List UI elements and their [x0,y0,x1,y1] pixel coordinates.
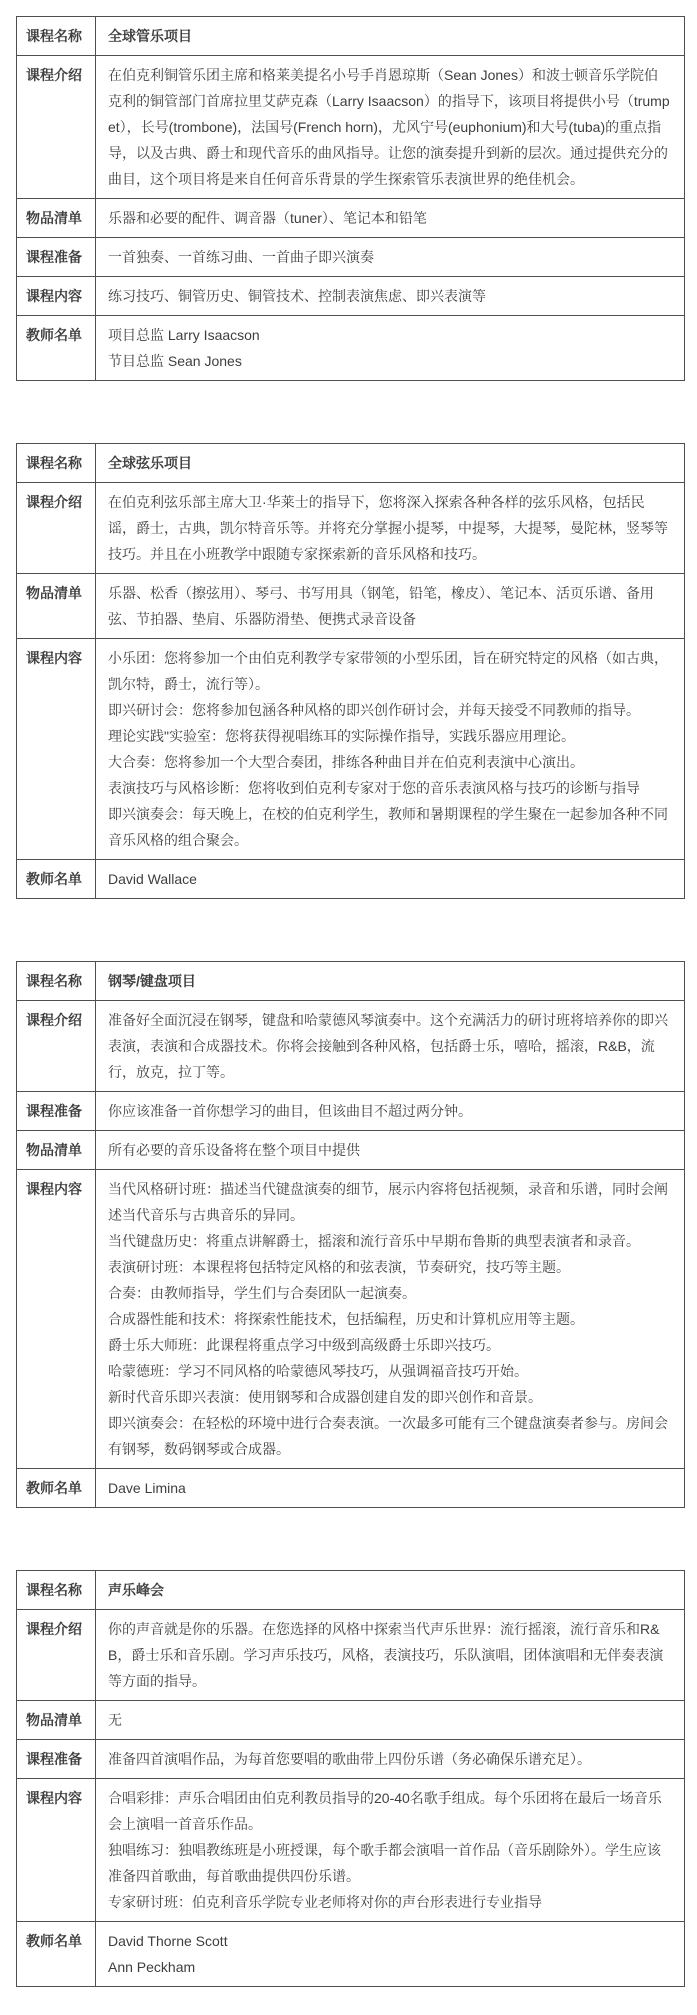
cell-paragraph: 乐器和必要的配件、调音器（tuner）、笔记本和铅笔 [108,205,670,231]
cell-paragraph: 表演技巧与风格诊断：您将收到伯克利专家对于您的音乐表演风格与技巧的诊断与指导 [108,775,670,801]
cell-paragraph: 全球弦乐项目 [108,450,670,476]
table-row: 课程内容 当代风格研讨班：描述当代键盘演奏的细节，展示内容将包括视频，录音和乐谱… [17,1170,685,1469]
cell-paragraph: 在伯克利弦乐部主席大卫·华莱士的指导下，您将深入探索各种各样的弦乐风格，包括民谣… [108,489,670,567]
cell-paragraph: 新时代音乐即兴表演：使用钢琴和合成器创建自发的即兴创作和音景。 [108,1384,670,1410]
table-row: 教师名单 项目总监 Larry Isaacson 节目总监 Sean Jones [17,316,685,381]
cell-paragraph: 独唱练习：独唱教练班是小班授课，每个歌手都会演唱一首作品（音乐剧除外）。学生应该… [108,1837,670,1889]
row-content: 准备四首演唱作品，为每首您要唱的歌曲带上四份乐谱（务必确保乐谱充足）。 [96,1740,685,1779]
cell-paragraph: 声乐峰会 [108,1577,670,1603]
course-table-piano-keyboard-program: 课程名称 钢琴/键盘项目 课程介绍 准备好全面沉浸在钢琴，键盘和哈蒙德风琴演奏中… [16,961,685,1508]
row-label: 课程名称 [17,1571,96,1610]
cell-paragraph: 准备四首演唱作品，为每首您要唱的歌曲带上四份乐谱（务必确保乐谱充足）。 [108,1746,670,1772]
table-row: 课程准备 你应该准备一首你想学习的曲目，但该曲目不超过两分钟。 [17,1092,685,1131]
cell-paragraph: 小乐团：您将参加一个由伯克利教学专家带领的小型乐团，旨在研究特定的风格（如古典，… [108,645,670,697]
row-content: 乐器和必要的配件、调音器（tuner）、笔记本和铅笔 [96,199,685,238]
cell-paragraph: 理论实践"实验室：您将获得视唱练耳的实际操作指导，实践乐器应用理论。 [108,723,670,749]
table-row: 课程名称 全球弦乐项目 [17,444,685,483]
row-content: 在伯克利铜管乐团主席和格莱美提名小号手肖恩琼斯（Sean Jones）和波士顿音… [96,56,685,199]
table-row: 物品清单 无 [17,1701,685,1740]
cell-paragraph: 合成器性能和技术：将探索性能技术，包括编程，历史和计算机应用等主题。 [108,1306,670,1332]
table-row: 课程介绍 准备好全面沉浸在钢琴，键盘和哈蒙德风琴演奏中。这个充满活力的研讨班将培… [17,1001,685,1092]
row-label: 物品清单 [17,1131,96,1170]
table-row: 课程介绍 在伯克利弦乐部主席大卫·华莱士的指导下，您将深入探索各种各样的弦乐风格… [17,483,685,574]
row-label: 教师名单 [17,860,96,899]
row-content: 你应该准备一首你想学习的曲目，但该曲目不超过两分钟。 [96,1092,685,1131]
table-row: 课程内容 合唱彩排：声乐合唱团由伯克利教员指导的20-40名歌手组成。每个乐团将… [17,1779,685,1922]
row-content: 你的声音就是你的乐器。在您选择的风格中探索当代声乐世界：流行摇滚，流行音乐和R&… [96,1610,685,1701]
course-table-body: 课程名称 全球弦乐项目 课程介绍 在伯克利弦乐部主席大卫·华莱士的指导下，您将深… [17,444,685,899]
row-content: 合唱彩排：声乐合唱团由伯克利教员指导的20-40名歌手组成。每个乐团将在最后一场… [96,1779,685,1922]
row-label: 课程名称 [17,444,96,483]
cell-paragraph: 你应该准备一首你想学习的曲目，但该曲目不超过两分钟。 [108,1098,670,1124]
cell-paragraph: 合奏：由教师指导，学生们与合奏团队一起演奏。 [108,1280,670,1306]
row-label: 课程介绍 [17,56,96,199]
cell-paragraph: 钢琴/键盘项目 [108,968,670,994]
cell-paragraph: 练习技巧、铜管历史、铜管技术、控制表演焦虑、即兴表演等 [108,283,670,309]
row-content: 小乐团：您将参加一个由伯克利教学专家带领的小型乐团，旨在研究特定的风格（如古典，… [96,639,685,860]
row-label: 课程介绍 [17,1610,96,1701]
course-table-body: 课程名称 钢琴/键盘项目 课程介绍 准备好全面沉浸在钢琴，键盘和哈蒙德风琴演奏中… [17,962,685,1508]
cell-paragraph: David Thorne Scott [108,1928,670,1954]
cell-paragraph: 乐器、松香（擦弦用）、琴弓、书写用具（钢笔，铅笔，橡皮）、笔记本、活页乐谱、备用… [108,580,670,632]
cell-paragraph: 准备好全面沉浸在钢琴，键盘和哈蒙德风琴演奏中。这个充满活力的研讨班将培养你的即兴… [108,1007,670,1085]
row-label: 物品清单 [17,199,96,238]
table-row: 教师名单 Dave Limina [17,1469,685,1508]
row-label: 课程内容 [17,639,96,860]
cell-paragraph: 即兴演奏会：每天晚上，在校的伯克利学生，教师和暑期课程的学生聚在一起参加各种不同… [108,801,670,853]
table-row: 课程准备 准备四首演唱作品，为每首您要唱的歌曲带上四份乐谱（务必确保乐谱充足）。 [17,1740,685,1779]
row-content: 钢琴/键盘项目 [96,962,685,1001]
table-row: 课程名称 声乐峰会 [17,1571,685,1610]
row-content: 一首独奏、一首练习曲、一首曲子即兴演奏 [96,238,685,277]
cell-paragraph: 你的声音就是你的乐器。在您选择的风格中探索当代声乐世界：流行摇滚，流行音乐和R&… [108,1616,670,1694]
table-row: 课程内容 练习技巧、铜管历史、铜管技术、控制表演焦虑、即兴表演等 [17,277,685,316]
row-content: 全球弦乐项目 [96,444,685,483]
cell-paragraph: 大合奏：您将参加一个大型合奏团，排练各种曲目并在伯克利表演中心演出。 [108,749,670,775]
table-row: 物品清单 乐器、松香（擦弦用）、琴弓、书写用具（钢笔，铅笔，橡皮）、笔记本、活页… [17,574,685,639]
cell-paragraph: 所有必要的音乐设备将在整个项目中提供 [108,1137,670,1163]
table-row: 课程介绍 你的声音就是你的乐器。在您选择的风格中探索当代声乐世界：流行摇滚，流行… [17,1610,685,1701]
cell-paragraph: 全球管乐项目 [108,23,670,49]
cell-paragraph: 当代风格研讨班：描述当代键盘演奏的细节，展示内容将包括视频，录音和乐谱，同时会阐… [108,1176,670,1228]
row-label: 课程内容 [17,277,96,316]
cell-paragraph: 在伯克利铜管乐团主席和格莱美提名小号手肖恩琼斯（Sean Jones）和波士顿音… [108,62,670,192]
cell-paragraph: 节目总监 Sean Jones [108,348,670,374]
table-row: 物品清单 所有必要的音乐设备将在整个项目中提供 [17,1131,685,1170]
row-label: 教师名单 [17,1922,96,1987]
course-table-body: 课程名称 声乐峰会 课程介绍 你的声音就是你的乐器。在您选择的风格中探索当代声乐… [17,1571,685,1987]
cell-paragraph: 当代键盘历史：将重点讲解爵士，摇滚和流行音乐中早期布鲁斯的典型表演者和录音。 [108,1228,670,1254]
table-row: 课程名称 全球管乐项目 [17,17,685,56]
table-row: 课程介绍 在伯克利铜管乐团主席和格莱美提名小号手肖恩琼斯（Sean Jones）… [17,56,685,199]
table-row: 课程名称 钢琴/键盘项目 [17,962,685,1001]
row-label: 教师名单 [17,1469,96,1508]
row-content: 乐器、松香（擦弦用）、琴弓、书写用具（钢笔，铅笔，橡皮）、笔记本、活页乐谱、备用… [96,574,685,639]
row-label: 课程名称 [17,962,96,1001]
row-label: 物品清单 [17,574,96,639]
row-label: 课程准备 [17,238,96,277]
row-label: 课程名称 [17,17,96,56]
table-row: 教师名单 David Wallace [17,860,685,899]
row-label: 课程准备 [17,1740,96,1779]
cell-paragraph: 合唱彩排：声乐合唱团由伯克利教员指导的20-40名歌手组成。每个乐团将在最后一场… [108,1785,670,1837]
cell-paragraph: 一首独奏、一首练习曲、一首曲子即兴演奏 [108,244,670,270]
row-label: 教师名单 [17,316,96,381]
row-content: 练习技巧、铜管历史、铜管技术、控制表演焦虑、即兴表演等 [96,277,685,316]
row-content: David Wallace [96,860,685,899]
row-label: 物品清单 [17,1701,96,1740]
row-label: 课程介绍 [17,1001,96,1092]
row-content: 准备好全面沉浸在钢琴，键盘和哈蒙德风琴演奏中。这个充满活力的研讨班将培养你的即兴… [96,1001,685,1092]
cell-paragraph: 爵士乐大师班：此课程将重点学习中级到高级爵士乐即兴技巧。 [108,1332,670,1358]
course-document-page: 课程名称 全球管乐项目 课程介绍 在伯克利铜管乐团主席和格莱美提名小号手肖恩琼斯… [0,0,697,2015]
row-content: Dave Limina [96,1469,685,1508]
row-label: 课程内容 [17,1170,96,1469]
row-content: 在伯克利弦乐部主席大卫·华莱士的指导下，您将深入探索各种各样的弦乐风格，包括民谣… [96,483,685,574]
row-content: 项目总监 Larry Isaacson 节目总监 Sean Jones [96,316,685,381]
cell-paragraph: Ann Peckham [108,1954,670,1980]
cell-paragraph: 哈蒙德班：学习不同风格的哈蒙德风琴技巧，从强调福音技巧开始。 [108,1358,670,1384]
course-table-global-strings-program: 课程名称 全球弦乐项目 课程介绍 在伯克利弦乐部主席大卫·华莱士的指导下，您将深… [16,443,685,899]
row-label: 课程内容 [17,1779,96,1922]
row-content: 声乐峰会 [96,1571,685,1610]
table-row: 课程内容 小乐团：您将参加一个由伯克利教学专家带领的小型乐团，旨在研究特定的风格… [17,639,685,860]
course-table-body: 课程名称 全球管乐项目 课程介绍 在伯克利铜管乐团主席和格莱美提名小号手肖恩琼斯… [17,17,685,381]
cell-paragraph: 专家研讨班：伯克利音乐学院专业老师将对你的声台形表进行专业指导 [108,1889,670,1915]
cell-paragraph: David Wallace [108,866,670,892]
row-content: 当代风格研讨班：描述当代键盘演奏的细节，展示内容将包括视频，录音和乐谱，同时会阐… [96,1170,685,1469]
course-table-global-brass-program: 课程名称 全球管乐项目 课程介绍 在伯克利铜管乐团主席和格莱美提名小号手肖恩琼斯… [16,16,685,381]
cell-paragraph: Dave Limina [108,1475,670,1501]
cell-paragraph: 即兴研讨会：您将参加包涵各种风格的即兴创作研讨会，并每天接受不同教师的指导。 [108,697,670,723]
row-content: 无 [96,1701,685,1740]
row-content: 所有必要的音乐设备将在整个项目中提供 [96,1131,685,1170]
table-row: 课程准备 一首独奏、一首练习曲、一首曲子即兴演奏 [17,238,685,277]
cell-paragraph: 即兴演奏会：在轻松的环境中进行合奏表演。一次最多可能有三个键盘演奏者参与。房间会… [108,1410,670,1462]
table-row: 教师名单 David Thorne Scott Ann Peckham [17,1922,685,1987]
cell-paragraph: 项目总监 Larry Isaacson [108,322,670,348]
row-content: 全球管乐项目 [96,17,685,56]
row-label: 课程准备 [17,1092,96,1131]
row-label: 课程介绍 [17,483,96,574]
cell-paragraph: 表演研讨班：本课程将包括特定风格的和弦表演，节奏研究，技巧等主题。 [108,1254,670,1280]
course-table-vocal-summit: 课程名称 声乐峰会 课程介绍 你的声音就是你的乐器。在您选择的风格中探索当代声乐… [16,1570,685,1987]
cell-paragraph: 无 [108,1707,670,1733]
row-content: David Thorne Scott Ann Peckham [96,1922,685,1987]
table-row: 物品清单 乐器和必要的配件、调音器（tuner）、笔记本和铅笔 [17,199,685,238]
